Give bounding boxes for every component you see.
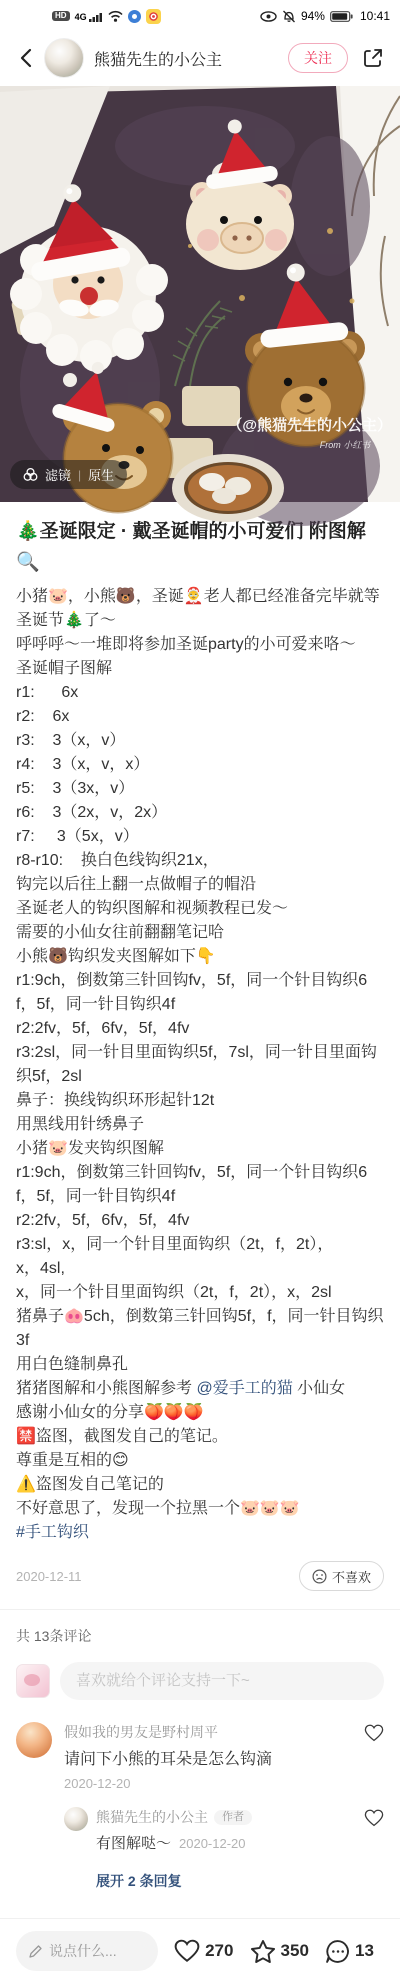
wifi-icon [108, 10, 123, 22]
heart-icon [174, 1939, 200, 1963]
filter-label: 滤镜 [45, 465, 71, 484]
reply-avatar[interactable] [64, 1807, 88, 1831]
filter-value: 原生 [88, 465, 114, 484]
credit-prefix: 猪猪图解和小熊图解参考 [16, 1380, 196, 1397]
dislike-label: 不喜欢 [332, 1567, 371, 1586]
reply-text-content: 有图解哒～ [96, 1835, 171, 1852]
reply-main: 熊猫先生的小公主 作者 有图解哒～2020-12-20 [96, 1807, 356, 1855]
pencil-icon [28, 1944, 43, 1959]
filter-icon [23, 467, 38, 482]
post-title: 🎄圣诞限定 · 戴圣诞帽的小可爱们 附图解🔍 [16, 516, 384, 578]
post-photo[interactable]: （@熊猫先生的小公主） From 小红书 滤镜 | 原生 [0, 86, 400, 502]
status-right-icons: 94% 10:41 [260, 9, 390, 23]
filter-tag[interactable]: 滤镜 | 原生 [10, 460, 127, 489]
comment-input-row: 喜欢就给个评论支持一下~ [16, 1662, 384, 1700]
browser-notification-icon [128, 10, 141, 23]
comment-bubble-icon [325, 1939, 350, 1964]
reply-date: 2020-12-20 [179, 1836, 246, 1851]
post-date: 2020-12-11 [16, 1569, 82, 1584]
my-avatar[interactable] [16, 1664, 50, 1698]
like-button[interactable]: 270 [174, 1939, 233, 1963]
mention-link[interactable]: @爱手工的猫 [196, 1380, 292, 1397]
author-avatar[interactable] [44, 38, 84, 78]
filter-separator: | [78, 468, 81, 482]
watermark-text: （@熊猫先生的小公主） [227, 416, 392, 434]
status-bar: HD 4G [0, 0, 400, 30]
author-badge: 作者 [214, 1810, 252, 1825]
comment-like-button[interactable] [364, 1722, 384, 1791]
reply-text: 有图解哒～2020-12-20 [96, 1833, 356, 1855]
share-button[interactable] [360, 45, 386, 71]
post-credit-line: 猪猪图解和小熊图解参考 @爱手工的猫 小仙女 [16, 1377, 384, 1401]
comment-count-number: 13 [355, 1941, 374, 1961]
reply-item: 熊猫先生的小公主 作者 有图解哒～2020-12-20 [0, 1807, 400, 1855]
commenter-avatar[interactable] [16, 1722, 52, 1758]
reply-header: 熊猫先生的小公主 作者 [96, 1807, 356, 1827]
commenter-username[interactable]: 假如我的男友是野村周平 [64, 1722, 356, 1742]
network-type-label: 4G [75, 13, 87, 22]
battery-percent: 94% [301, 9, 325, 23]
reply-username[interactable]: 熊猫先生的小公主 [96, 1807, 208, 1827]
post-body-intro: 小猪🐷，小熊🐻，圣诞🤶老人都已经准备完毕就等圣诞节🎄了～ 呼呼呼～一堆即将参加圣… [16, 585, 384, 1377]
bottom-actions: 270 350 13 [158, 1939, 390, 1964]
collect-count: 350 [281, 1941, 309, 1961]
clock-time: 10:41 [360, 9, 390, 23]
expand-replies-link[interactable]: 展开 2 条回复 [96, 1871, 400, 1891]
share-icon [362, 47, 384, 69]
post-meta-row: 2020-12-11 不喜欢 [16, 1561, 384, 1591]
cocoa-cup [172, 454, 284, 522]
nav-bar: 熊猫先生的小公主 关注 [0, 30, 400, 86]
reply-like-button[interactable] [364, 1807, 384, 1855]
status-left-icons: HD 4G [52, 9, 161, 24]
heart-icon [364, 1809, 384, 1827]
hd-badge-icon: HD [52, 11, 70, 21]
comment-button[interactable]: 13 [325, 1939, 374, 1964]
say-something-placeholder: 说点什么... [49, 1941, 117, 1961]
weibo-notification-icon [146, 9, 161, 24]
comment-input[interactable]: 喜欢就给个评论支持一下~ [60, 1662, 384, 1700]
watermark-subtext: From 小红书 [320, 440, 372, 450]
cellular-signal-icon: 4G [75, 11, 103, 22]
comment-count: 共 13条评论 [0, 1626, 400, 1646]
pearl [63, 373, 77, 387]
post-body-outro: 感谢小仙女的分享🍑🍑🍑 🈲盗图，截图发自己的笔记。 尊重是互相的😊 ⚠️盗图发自… [16, 1401, 384, 1521]
like-count: 270 [205, 1941, 233, 1961]
battery-icon [330, 11, 353, 22]
heart-icon [364, 1724, 384, 1742]
chevron-left-icon [20, 48, 32, 68]
bottom-bar: 说点什么... 270 350 13 [0, 1918, 400, 1983]
comment-text: 请问下小熊的耳朵是怎么钩滴 [64, 1748, 356, 1772]
eye-protection-icon [260, 11, 277, 22]
dislike-button[interactable]: 不喜欢 [299, 1561, 384, 1591]
say-something-input[interactable]: 说点什么... [16, 1931, 158, 1971]
hashtag-link[interactable]: #手工钩织 [16, 1521, 384, 1545]
back-button[interactable] [14, 46, 38, 70]
credit-suffix: 小仙女 [293, 1380, 345, 1397]
comments-section: 共 13条评论 喜欢就给个评论支持一下~ 假如我的男友是野村周平 请问下小熊的耳… [0, 1610, 400, 1891]
follow-button[interactable]: 关注 [288, 43, 348, 73]
mute-bell-icon [282, 10, 296, 23]
signal-bars-icon [89, 11, 103, 22]
post-content: 🎄圣诞限定 · 戴圣诞帽的小可爱们 附图解🔍 小猪🐷，小熊🐻，圣诞🤶老人都已经准… [0, 502, 400, 1591]
screen: HD 4G [0, 0, 400, 1983]
collect-button[interactable]: 350 [250, 1939, 309, 1964]
author-username[interactable]: 熊猫先生的小公主 [94, 47, 222, 70]
comment-main: 假如我的男友是野村周平 请问下小熊的耳朵是怎么钩滴 2020-12-20 [64, 1722, 356, 1791]
photo-scene: （@熊猫先生的小公主） From 小红书 [0, 86, 400, 502]
comment-item: 假如我的男友是野村周平 请问下小熊的耳朵是怎么钩滴 2020-12-20 [0, 1722, 400, 1791]
comment-date: 2020-12-20 [64, 1776, 356, 1791]
star-icon [250, 1939, 276, 1964]
frown-icon [312, 1569, 327, 1584]
